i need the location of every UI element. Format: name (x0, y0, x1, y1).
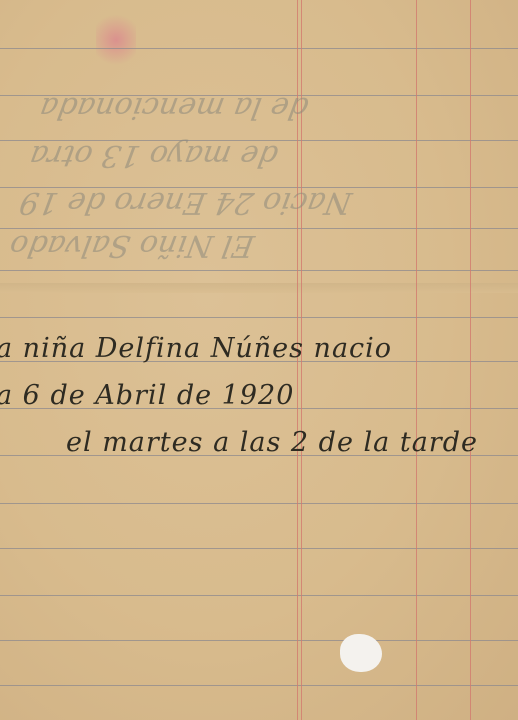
ruled-line (0, 548, 518, 549)
entry-line-3: el martes a las 2 de la tarde (66, 427, 478, 458)
ink-stain (96, 10, 136, 70)
bleed-through-text: El Niño Salvado (7, 228, 257, 263)
ruled-line (0, 48, 518, 49)
margin-rule (470, 0, 471, 720)
entry-line-2: a 6 de Abril de 1920 (0, 380, 294, 411)
ruled-line (0, 317, 518, 318)
margin-rule (416, 0, 417, 720)
bleed-through-text: Nacio 24 Enero de 19 (17, 185, 355, 220)
ruled-line (0, 503, 518, 504)
ruled-line (0, 685, 518, 686)
bleed-through-text: de mayo 13 otra (27, 138, 281, 173)
ruled-line (0, 640, 518, 641)
document-page: de la mencionada de mayo 13 otra Nacio 2… (0, 0, 518, 720)
ruled-line (0, 270, 518, 271)
ruled-line (0, 595, 518, 596)
paper-damage-spot (340, 634, 382, 672)
entry-line-1: a niña Delfina Núñes nacio (0, 333, 392, 364)
page-fold (0, 283, 518, 293)
bleed-through-text: de la mencionada (37, 90, 311, 125)
